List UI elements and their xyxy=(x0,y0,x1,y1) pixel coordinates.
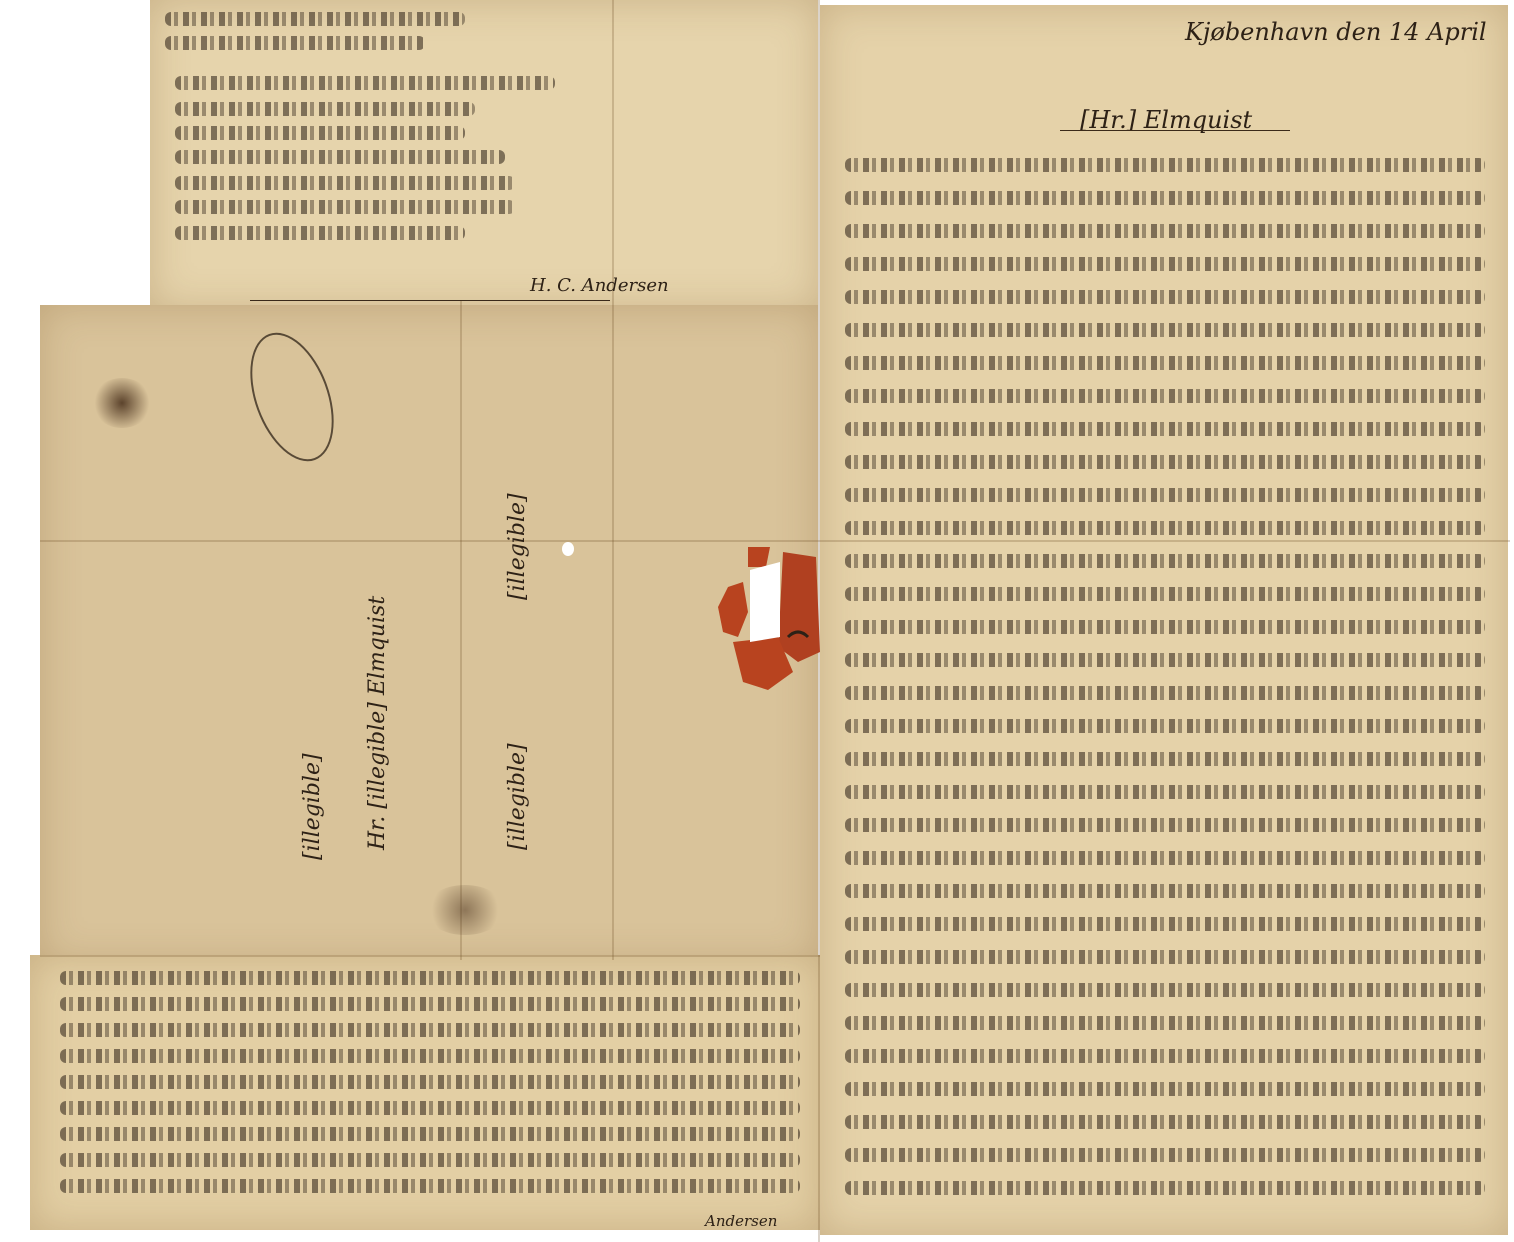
handwriting-line xyxy=(845,983,1485,997)
handwriting-line xyxy=(60,1127,800,1141)
handwriting-line xyxy=(175,226,465,240)
handwriting-line xyxy=(60,1049,800,1063)
handwriting-line xyxy=(165,36,425,50)
handwriting-line xyxy=(845,1181,1485,1195)
wax-seal xyxy=(708,542,828,692)
handwriting-line xyxy=(175,200,515,214)
address-line: [illegible] xyxy=(505,493,530,600)
handwriting-line xyxy=(845,620,1485,634)
fold-line xyxy=(460,300,462,960)
handwriting-line xyxy=(60,1023,800,1037)
handwriting-line xyxy=(845,422,1485,436)
handwriting-line xyxy=(845,224,1485,238)
handwriting-line xyxy=(175,102,475,116)
signature: Andersen xyxy=(705,1212,777,1230)
fold-line xyxy=(612,0,614,960)
handwriting-line xyxy=(845,752,1485,766)
fold-line xyxy=(40,955,820,957)
address-line: [illegible] xyxy=(505,743,530,850)
handwriting-line xyxy=(845,158,1485,172)
handwriting-line xyxy=(845,719,1485,733)
rule-line xyxy=(250,300,610,301)
handwriting-line xyxy=(165,12,465,26)
handwriting-line xyxy=(60,971,800,985)
handwriting-line xyxy=(845,554,1485,568)
handwriting-line xyxy=(845,521,1485,535)
handwriting-line xyxy=(845,1016,1485,1030)
handwriting-line xyxy=(845,686,1485,700)
handwriting-line xyxy=(175,176,515,190)
handwriting-line xyxy=(845,191,1485,205)
address-recipient: Hr. [illegible] Elmquist xyxy=(365,596,390,850)
handwriting-line xyxy=(845,851,1485,865)
handwriting-line xyxy=(845,785,1485,799)
handwriting-line xyxy=(845,455,1485,469)
handwriting-line xyxy=(175,76,555,90)
handwriting-line xyxy=(60,1153,800,1167)
handwriting-line xyxy=(845,356,1485,370)
handwriting-line xyxy=(845,884,1485,898)
handwriting-line xyxy=(845,950,1485,964)
handwriting-line xyxy=(845,818,1485,832)
handwriting-line xyxy=(60,1075,800,1089)
handwriting-line xyxy=(845,587,1485,601)
address-line: [illegible] xyxy=(300,753,325,860)
handwriting-line xyxy=(845,323,1485,337)
dateline: Kjøbenhavn den 14 April xyxy=(1185,18,1487,46)
handwriting-line xyxy=(845,1148,1485,1162)
handwriting-line xyxy=(845,257,1485,271)
handwriting-line xyxy=(845,917,1485,931)
handwriting-line xyxy=(60,1101,800,1115)
handwriting-line xyxy=(175,126,465,140)
handwriting-line xyxy=(845,1115,1485,1129)
handwriting-line xyxy=(845,1049,1485,1063)
handwriting-line xyxy=(60,1179,800,1193)
handwriting-line xyxy=(845,389,1485,403)
handwriting-line xyxy=(845,1082,1485,1096)
handwriting-line xyxy=(845,290,1485,304)
rule-line xyxy=(1060,130,1290,131)
handwriting-line xyxy=(175,150,505,164)
paper-hole xyxy=(562,542,574,556)
address-panel xyxy=(40,305,818,965)
handwriting-line xyxy=(60,997,800,1011)
stain xyxy=(425,885,505,935)
signature: H. C. Andersen xyxy=(530,275,669,296)
letter-photograph: [illegible handwriting] H. C. Andersen [… xyxy=(0,0,1514,1242)
handwriting-line xyxy=(845,488,1485,502)
ink-stain xyxy=(92,378,152,428)
handwriting-line xyxy=(845,653,1485,667)
